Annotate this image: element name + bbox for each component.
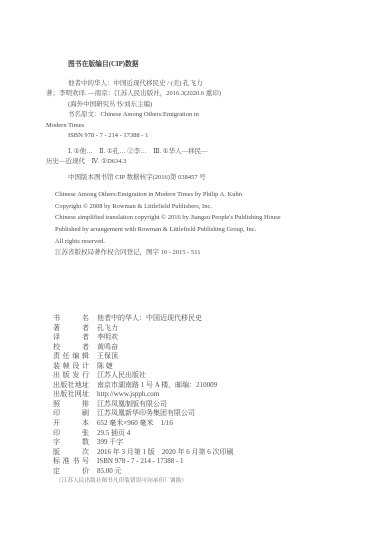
copyright-line: Copyright © 2008 by Rowman & Littlefield… (55, 201, 355, 213)
row-label: 出版发行 (53, 371, 89, 381)
cip-line: ISBN 978 - 7 - 214 - 17388 - 1 (46, 131, 346, 142)
copyright-line: Published by arrangement with Rowman & L… (55, 224, 355, 236)
cip-line: 著；李明欢译. —南京：江苏人民出版社，2016.3(2020.6 重印) (46, 89, 346, 100)
copyright-notice-section: Chinese Among Others:Emigration in Moder… (55, 189, 355, 259)
row-label: 开本 (53, 419, 89, 429)
publication-info-table: 书名他者中的华人：中国近现代移民史著者孔飞力译者李明欢校者黄鸣奋责任编辑王保顶装… (53, 314, 353, 476)
table-row: 定价85.00 元 (53, 467, 353, 477)
table-row: 版次2016 年 3 月第 1 版 2020 年 6 月第 6 次印刷 (53, 448, 353, 458)
table-row: 出版社地址南京市湖南路 1 号 A 楼，邮编：210009 (53, 381, 353, 391)
row-label: 责任编辑 (53, 352, 89, 362)
cip-lines: 他者中的华人：中国近现代移民史 / (美) 孔飞力著；李明欢译. —南京：江苏人… (46, 79, 346, 184)
row-value: 2016 年 3 月第 1 版 2020 年 6 月第 6 次印刷 (97, 448, 234, 458)
cip-data-section: 图书在版编目(CIP)数据 他者中的华人：中国近现代移民史 / (美) 孔飞力著… (46, 60, 346, 183)
row-label: 出版社网址 (53, 390, 89, 400)
row-label: 著者 (53, 324, 89, 334)
row-value: 南京市湖南路 1 号 A 楼，邮编：210009 (97, 381, 217, 391)
row-value: 江苏人民出版社 (97, 371, 146, 381)
row-value: 孔飞力 (97, 324, 118, 334)
table-row: 出版发行江苏人民出版社 (53, 371, 353, 381)
row-value: ISBN 978 - 7 - 214 - 17388 - 1 (97, 457, 184, 467)
row-label: 印张 (53, 429, 89, 439)
cip-line: Modern Times (46, 121, 346, 132)
row-value: 652 毫米×960 毫米 1/16 (97, 419, 173, 429)
row-value: 王保顶 (97, 352, 118, 362)
row-value: 李明欢 (97, 333, 118, 343)
cip-line: 中国版本图书馆 CIP 数据核字(2016)第 038457 号 (46, 173, 346, 184)
cip-heading: 图书在版编目(CIP)数据 (46, 60, 346, 71)
table-row: 装帧设计陈 婕 (53, 362, 353, 372)
reprint-exchange-note: （江苏人民出版社图书凡印装错误可向承印厂调换） (56, 476, 187, 484)
table-row: 校者黄鸣奋 (53, 343, 353, 353)
row-label: 定价 (53, 467, 89, 477)
table-row: 印刷江苏凤凰新华印务集团有限公司 (53, 409, 353, 419)
table-row: 字数399 千字 (53, 438, 353, 448)
copyright-line: All rights reserved. (55, 236, 355, 248)
row-value: 陈 婕 (97, 362, 113, 372)
row-value: 他者中的华人：中国近现代移民史 (97, 314, 202, 324)
cip-line: 书名原文：Chinese Among Others:Emigration in (46, 110, 346, 121)
row-label: 标准书号 (53, 457, 89, 467)
copyright-line: Chinese Among Others:Emigration in Moder… (55, 189, 355, 201)
table-row: 译者李明欢 (53, 333, 353, 343)
cip-line: Ⅰ. ①他… Ⅱ. ①孔… ②李… Ⅲ. ①华人—移民— (46, 147, 346, 158)
copyright-page: 图书在版编目(CIP)数据 他者中的华人：中国近现代移民史 / (美) 孔飞力著… (0, 0, 375, 560)
cip-line: 历史—近现代 Ⅳ. ①D634.3 (46, 157, 346, 168)
row-label: 印刷 (53, 409, 89, 419)
table-row: 出版社网址http://www.jspph.com (53, 390, 353, 400)
row-value: 黄鸣奋 (97, 343, 118, 353)
table-row: 著者孔飞力 (53, 324, 353, 334)
copyright-line: 江苏省版权局著作权合同登记，图字 10 - 2015 - 511 (55, 247, 355, 259)
cip-line: (海外中国研究丛书/刘东主编) (46, 100, 346, 111)
copyright-line: Chinese simplified translation copyright… (55, 212, 355, 224)
cip-line: 他者中的华人：中国近现代移民史 / (美) 孔飞力 (46, 79, 346, 90)
row-label: 字数 (53, 438, 89, 448)
table-row: 开本652 毫米×960 毫米 1/16 (53, 419, 353, 429)
row-label: 译者 (53, 333, 89, 343)
row-label: 出版社地址 (53, 381, 89, 391)
table-row: 责任编辑王保顶 (53, 352, 353, 362)
table-row: 书名他者中的华人：中国近现代移民史 (53, 314, 353, 324)
row-label: 书名 (53, 314, 89, 324)
row-value: 85.00 元 (97, 467, 122, 477)
row-label: 校者 (53, 343, 89, 353)
row-value: http://www.jspph.com (97, 390, 159, 400)
table-row: 印张29.5 插页 4 (53, 429, 353, 439)
row-label: 装帧设计 (53, 362, 89, 372)
table-row: 标准书号ISBN 978 - 7 - 214 - 17388 - 1 (53, 457, 353, 467)
row-value: 29.5 插页 4 (97, 429, 130, 439)
row-label: 版次 (53, 448, 89, 458)
row-value: 江苏凤凰新华印务集团有限公司 (97, 409, 195, 419)
row-value: 399 千字 (97, 438, 123, 448)
